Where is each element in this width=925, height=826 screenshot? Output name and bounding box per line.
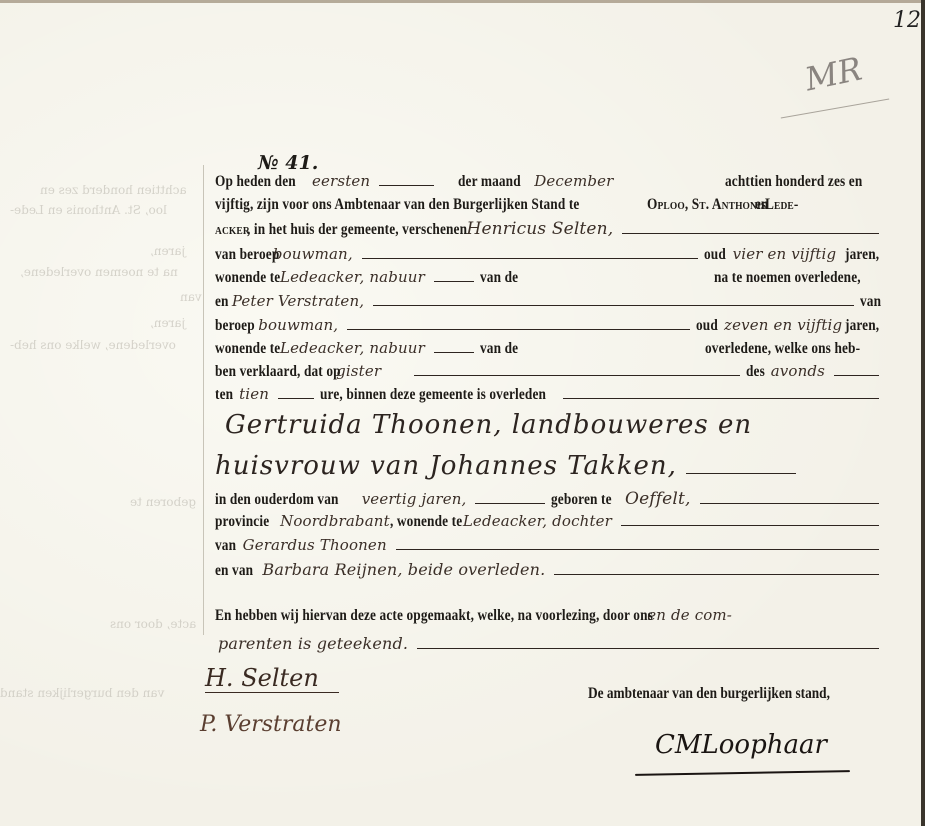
record-line: provincie Noordbrabant , wonende te Lede… [215,512,885,536]
record-line: Op heden den eersten der maand December … [215,172,885,196]
record-line: ten tien ure, binnen deze gemeente is ov… [215,385,885,409]
bleed-through-text: jaren, [150,316,185,330]
record-line: wonende te Ledeacker, nabuur van de na t… [215,268,885,292]
handwritten-month: December [531,172,616,190]
record-line: acker , in het huis der gemeente, versch… [215,219,885,243]
official-signature-flourish [635,770,850,776]
page-right-edge [921,0,925,826]
bleed-through-text: jaren, [150,244,185,258]
record-line: vijftig, zijn voor ons Ambtenaar van den… [215,196,885,220]
handwritten-father: Gerardus Thoonen [240,536,390,554]
bleed-through-text: van den burgerlijken stand [0,686,164,700]
page-top-edge [0,0,925,3]
record-line: En hebben wij hiervan deze acte opgemaak… [215,606,885,630]
handwritten-day: eersten [309,172,373,190]
record-number: № 41. [255,152,321,174]
record-line: ben verklaard, dat op gister des avonds [215,362,885,386]
deceased-spouse-line: huisvrouw van Johannes Takken, [212,447,882,483]
bleed-through-text: overledene, welke ons heb- [10,338,176,352]
bleed-through-text: acte, door ons [110,617,196,631]
record-line: wonende te Ledeacker, nabuur van de over… [215,339,885,363]
signature-declarant-1: H. Selten [205,664,339,693]
official-signature-label: De ambtenaar van den burgerlijken stand, [588,685,830,703]
record-line: beroep bouwman, oud zeven en vijftig jar… [215,316,885,340]
page-number: 12 [893,8,921,33]
record-line: en van Barbara Reijnen, beide overleden. [215,560,885,584]
handwritten-mother: Barbara Reijnen, beide overleden. [259,560,548,579]
signature-declarant-2: P. Verstraten [200,712,342,737]
record-line: in den ouderdom van veertig jaren, gebor… [215,489,885,513]
bleed-through-text: van [180,290,202,304]
document-page: achttien honderd zes en loo, St. Anthoni… [0,0,925,826]
margin-initials: MR [802,50,866,99]
signature-official: CMLoophaar [655,730,827,760]
bleed-through-text: achttien honderd zes en [40,183,187,197]
bleed-through-text: geboren te [130,495,196,509]
handwritten-declarant-1: Henricus Selten, [463,219,616,239]
bleed-through-text: na te noemen overledene, [20,265,178,279]
handwritten-declarant-2: Peter Verstraten, [229,292,367,310]
deceased-name-line: Gertruida Thoonen, landbouweres en [222,410,892,446]
record-line: parenten is geteekend. [215,634,885,658]
bleed-through-text: loo, St. Anthonis en Lede- [10,203,167,217]
record-line: van beroep bouwman, oud vier en vijftig … [215,245,885,269]
margin-rule [203,165,204,635]
initials-underline [781,98,890,118]
record-line: van Gerardus Thoonen [215,536,885,560]
handwritten-deceased: Gertruida Thoonen, landbouweres en [222,410,755,440]
record-line: en Peter Verstraten, van [215,292,885,316]
